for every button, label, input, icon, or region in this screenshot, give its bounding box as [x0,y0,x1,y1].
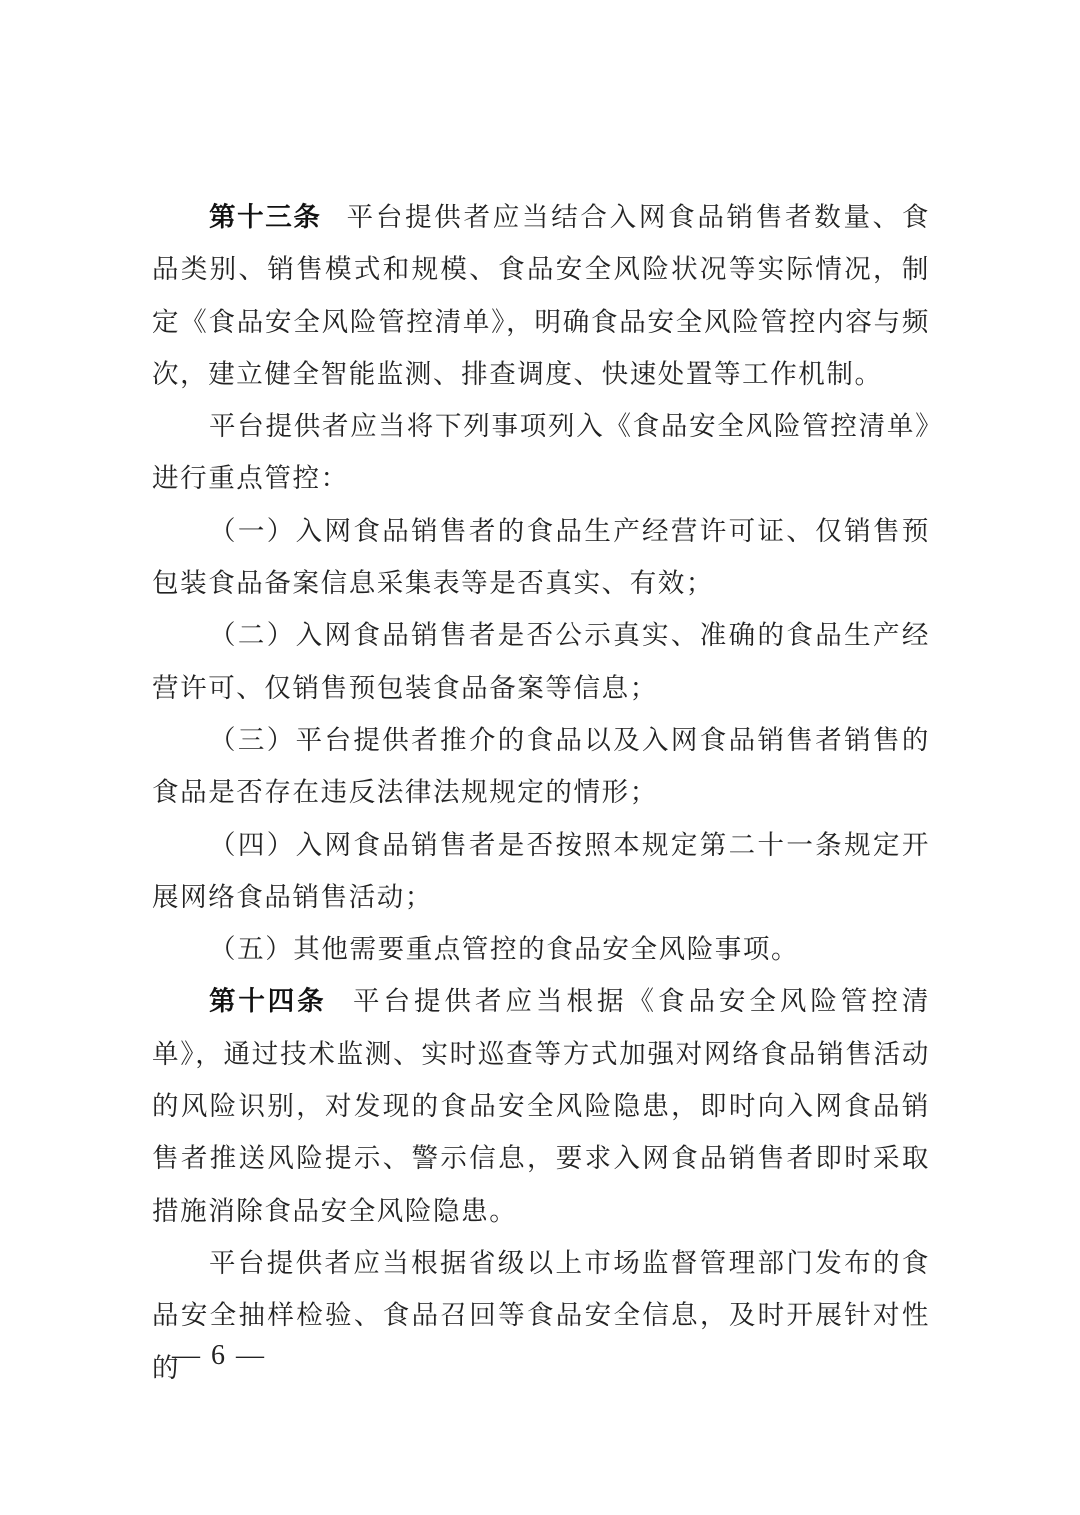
document-page: 第十三条平台提供者应当结合入网食品销售者数量、食品类别、销售模式和规模、食品安全… [152,192,930,1395]
article-14-paragraph: 第十四条平台提供者应当根据《食品安全风险管控清单》，通过技术监测、实时巡查等方式… [152,976,930,1237]
article-14-continuation-paragraph: 平台提供者应当根据省级以上市场监督管理部门发布的食品安全抽样检验、食品召回等食品… [152,1238,930,1395]
paragraph-text: （四）入网食品销售者是否按照本规定第二十一条规定开展网络食品销售活动； [152,830,930,913]
list-item-3: （三）平台提供者推介的食品以及入网食品销售者销售的食品是否存在违反法律法规规定的… [152,715,930,820]
paragraph-text: （二）入网食品销售者是否公示真实、准确的食品生产经营许可、仅销售预包装食品备案等… [152,620,930,703]
paragraph-text: （一）入网食品销售者的食品生产经营许可证、仅销售预包装食品备案信息采集表等是否真… [152,516,930,599]
list-item-1: （一）入网食品销售者的食品生产经营许可证、仅销售预包装食品备案信息采集表等是否真… [152,506,930,611]
list-intro-paragraph: 平台提供者应当将下列事项列入《食品安全风险管控清单》进行重点管控： [152,401,930,506]
list-item-2: （二）入网食品销售者是否公示真实、准确的食品生产经营许可、仅销售预包装食品备案等… [152,610,930,715]
paragraph-text: 平台提供者应当根据《食品安全风险管控清单》，通过技术监测、实时巡查等方式加强对网… [152,986,930,1226]
paragraph-text: （三）平台提供者推介的食品以及入网食品销售者销售的食品是否存在违反法律法规规定的… [152,725,930,808]
article-heading: 第十三条 [209,202,322,233]
paragraph-text: （五）其他需要重点管控的食品安全风险事项。 [209,934,799,965]
article-13-paragraph: 第十三条平台提供者应当结合入网食品销售者数量、食品类别、销售模式和规模、食品安全… [152,192,930,401]
article-heading: 第十四条 [209,986,327,1017]
page-number: — 6 — [172,1340,266,1372]
paragraph-text: 平台提供者应当将下列事项列入《食品安全风险管控清单》进行重点管控： [152,411,930,494]
list-item-4: （四）入网食品销售者是否按照本规定第二十一条规定开展网络食品销售活动； [152,820,930,925]
paragraph-text: 平台提供者应当根据省级以上市场监督管理部门发布的食品安全抽样检验、食品召回等食品… [152,1248,930,1384]
list-item-5: （五）其他需要重点管控的食品安全风险事项。 [152,924,930,976]
